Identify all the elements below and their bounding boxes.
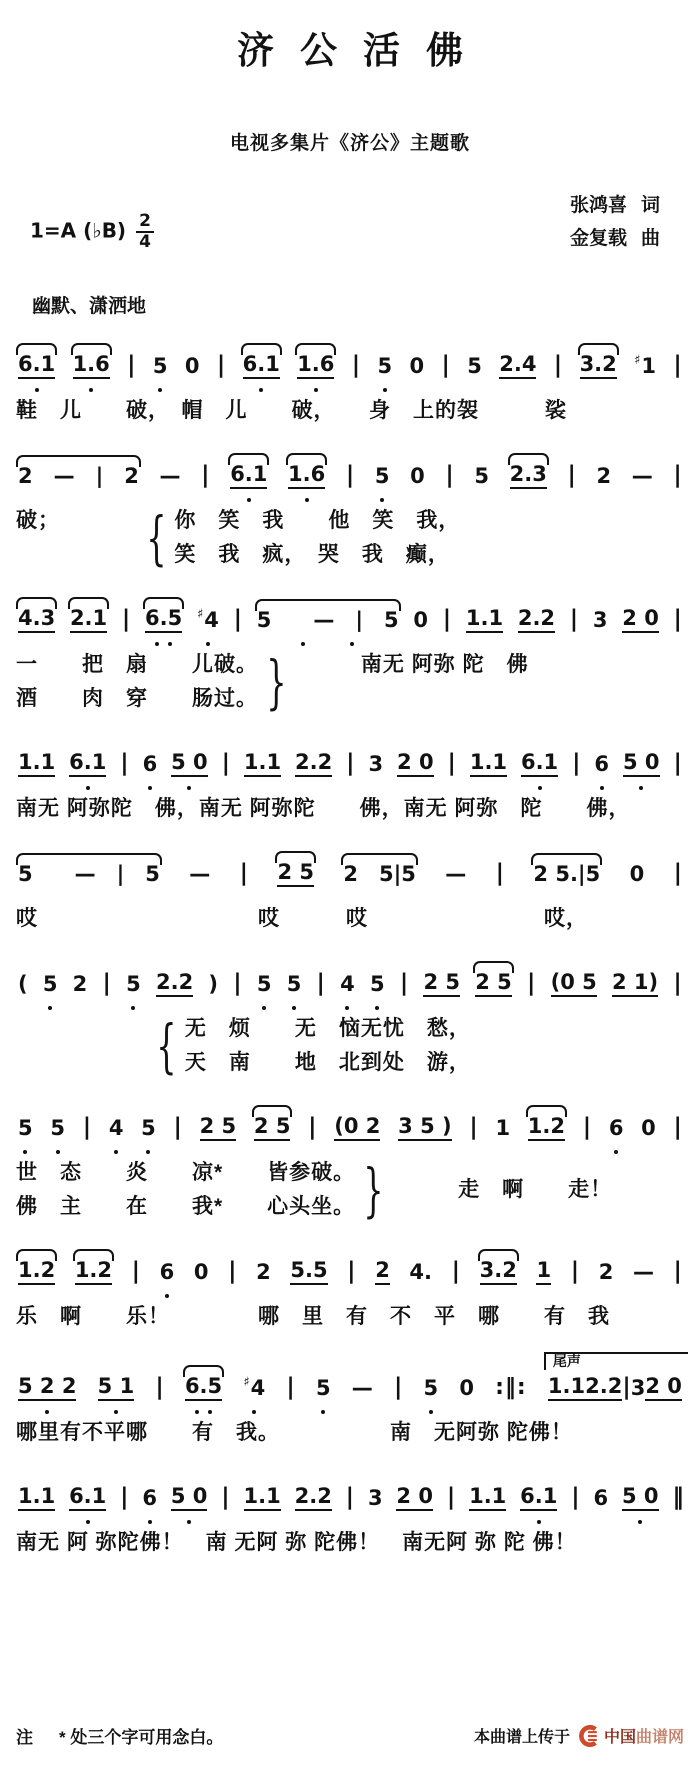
- lyric-group: {你 笑 我 他 笑 我，笑 我 疯， 哭 我 癫，: [138, 504, 461, 572]
- note-text: 4: [204, 610, 219, 633]
- note-text: 1.6: [297, 354, 334, 379]
- barline: |: [352, 342, 360, 392]
- slur-arc: [143, 597, 184, 609]
- music-line: 6.11.6|50|6.11.6|50|52.4|3.2♯1|: [12, 342, 688, 392]
- music-token: 5 — | 5: [257, 598, 399, 646]
- music-token: 2: [73, 962, 88, 1010]
- lyric-line: 一 把 扇 儿破。酒 肉 穿 肠过。} 南无 阿弥 陀 佛: [12, 648, 688, 716]
- octave-dots: [378, 382, 393, 392]
- music-token: ♯4: [197, 596, 219, 646]
- note-text: 6.1: [521, 752, 558, 777]
- note-text: —: [445, 864, 466, 887]
- music-token: 5 0: [171, 740, 208, 790]
- lyric-row: 乐 啊 乐！ 哪 里 有 不 平 哪 有 我: [16, 1300, 610, 1334]
- note-text: 1.6: [73, 354, 110, 379]
- lyricist-credit: 张鸿喜词: [570, 189, 660, 222]
- octave-dots: [287, 1000, 302, 1010]
- music-system: 4.32.1|6.5♯4|5 — | 50|1.12.2|32 0|一 把 扇 …: [12, 596, 688, 716]
- octave-dots: [375, 492, 390, 502]
- note-text: |: [155, 1376, 163, 1401]
- note-text: 2 5.|5: [533, 864, 600, 887]
- octave-dots: [594, 780, 609, 790]
- lyric-brace: }: [266, 648, 286, 716]
- music-token: 6: [593, 1476, 608, 1524]
- note-text: 2 5|5: [343, 864, 416, 887]
- music-token: 6.1: [18, 342, 55, 392]
- lyric-line: 乐 啊 乐！ 哪 里 有 不 平 哪 有 我: [12, 1300, 688, 1334]
- note-text: 5 0: [171, 752, 208, 777]
- music-system: 1.16.1|65 0|1.12.2|32 0|1.16.1|65 0|南无 阿…: [12, 740, 688, 826]
- music-token: 5: [424, 1366, 439, 1414]
- note-text: 1: [536, 1260, 551, 1285]
- note-text: 5 2 2: [18, 1376, 76, 1401]
- lyric-line: 哪里有不平哪 有 我。 南 无阿弥 陀佛！: [12, 1416, 688, 1450]
- music-token: 5: [126, 962, 141, 1010]
- coda-section: 尾声1.12.2|32 0: [548, 1358, 682, 1414]
- lyric-row: 无 烦 无 恼无忧 愁，: [185, 1012, 471, 1046]
- barline: |: [221, 1474, 229, 1524]
- note-text: 5 0: [623, 752, 660, 777]
- note-text: |: [673, 972, 681, 997]
- note-text: |: [127, 354, 135, 379]
- lyric-rows: 南 无阿弥 陀佛！: [280, 1416, 573, 1450]
- note-text: 2: [73, 974, 88, 997]
- lyric-line: 破； {你 笑 我 他 笑 我，笑 我 疯， 哭 我 癫，: [12, 504, 688, 572]
- music-system: 55|45|2 52 5|(0 23 5 )|11.2|60|世 态 炎 凉* …: [12, 1104, 688, 1224]
- music-token: 2 5: [423, 960, 460, 1010]
- lyric-group: 南无 阿弥陀 佛，南无 阿弥陀 佛，南无 阿弥 陀 佛，: [16, 792, 631, 826]
- music-token: 2: [256, 1250, 271, 1298]
- note-text: |: [234, 608, 242, 633]
- music-token: 5: [467, 344, 482, 392]
- note-text: 1.1: [244, 752, 281, 777]
- note-text: 5: [287, 974, 302, 997]
- music-token: 2.2: [156, 960, 193, 1010]
- note-text: 5: [474, 466, 489, 489]
- note-text: 1.2: [528, 1116, 565, 1141]
- note-text: 1.2: [75, 1260, 112, 1285]
- upload-text: 本曲谱上传于: [474, 1724, 570, 1747]
- note-text: (: [18, 974, 28, 997]
- music-token: 2 0: [622, 596, 659, 646]
- music-token: 2: [597, 454, 612, 502]
- music-token: (0 2: [334, 1104, 380, 1154]
- music-token: —: [632, 454, 653, 502]
- music-token: 6.5: [185, 1364, 222, 1414]
- slur-arc: [295, 343, 336, 355]
- music-token: 0: [459, 1366, 474, 1414]
- barline: |: [240, 850, 248, 900]
- lyric-row: 笑 我 疯， 哭 我 癫，: [174, 538, 460, 572]
- barline: |: [673, 452, 681, 502]
- lyric-rows: 鞋 儿 破， 帽 儿 破， 身 上的袈 裟: [16, 394, 567, 428]
- note-text: 2.2: [156, 972, 193, 997]
- barline: |: [674, 596, 682, 646]
- music-system: 2 — | 2—|6.11.6|50|52.3|2—|破； {你 笑 我 他 笑…: [12, 452, 688, 572]
- music-token: 1.1: [244, 740, 281, 790]
- note-text: |: [122, 608, 130, 633]
- lyric-row: 南无 阿 弥陀佛！ 南 无阿 弥 陀佛！ 南无阿 弥 陀 佛！: [16, 1526, 577, 1560]
- note-text: 4.: [409, 1262, 432, 1285]
- note-text: 2: [375, 1260, 390, 1285]
- music-line: (52|52.2)|55|45|2 52 5|(0 52 1)|: [12, 960, 688, 1010]
- composer-credit: 金复载曲: [570, 222, 660, 255]
- note-text: 2.2: [295, 752, 332, 777]
- lyric-rows: 南无 阿弥陀 佛，南无 阿弥陀 佛，南无 阿弥 陀 佛，: [16, 792, 631, 826]
- lyric-rows: 破；: [16, 504, 138, 538]
- music-token: 2.4: [499, 342, 536, 392]
- note-text: |: [448, 752, 456, 777]
- music-token: 5 — | 5: [18, 852, 160, 900]
- lyric-group: 南 无阿弥 陀佛！: [280, 1416, 573, 1450]
- music-token: 2.1: [70, 596, 107, 646]
- note-text: 3.2: [480, 1260, 517, 1285]
- note-text: 2: [599, 1262, 614, 1285]
- music-token: 2: [599, 1250, 614, 1298]
- music-token: 1: [536, 1248, 551, 1298]
- barline: |: [346, 452, 354, 502]
- note-text: 5: [467, 356, 482, 379]
- note-text: |: [233, 972, 241, 997]
- note-text: 2 5: [475, 972, 512, 997]
- barline: |: [571, 1474, 579, 1524]
- note-text: |: [346, 1486, 354, 1511]
- music-token: 0: [185, 344, 200, 392]
- octave-dots: [69, 1514, 106, 1524]
- lyric-rows: 你 笑 我 他 笑 我，笑 我 疯， 哭 我 癫，: [174, 504, 460, 572]
- barline: |: [217, 342, 225, 392]
- lyric-rows: 南无 阿弥 陀 佛: [295, 648, 529, 682]
- slur-arc: [16, 343, 57, 355]
- note-text: |: [83, 1116, 91, 1141]
- footnote-label: 注: [16, 1728, 33, 1747]
- note-text: 3: [593, 610, 608, 633]
- music-token: 5 0: [622, 1474, 659, 1524]
- lyric-rows: 哪里有不平哪 有 我。: [16, 1416, 280, 1450]
- music-token: 5: [375, 454, 390, 502]
- octave-dots: [69, 780, 106, 790]
- note-text: 5 1: [98, 1376, 135, 1401]
- music-token: 3: [593, 598, 608, 646]
- music-token: 5 0: [171, 1474, 208, 1524]
- note-text: 6: [593, 1488, 608, 1511]
- note-text: 2 5: [200, 1116, 237, 1141]
- lyric-group: 破；: [16, 504, 138, 538]
- footer: 注* 处三个字可用念白。 本曲谱上传于 中国曲谱网: [0, 1723, 700, 1748]
- music-token: 2 1): [612, 960, 658, 1010]
- note-text: |: [240, 862, 248, 887]
- music-token: 1.6: [288, 452, 325, 502]
- repeat-sign: :‖:: [495, 1365, 527, 1414]
- note-text: 5: [141, 1118, 156, 1141]
- music-system: 5 — | 5—|2 52 5|5—|2 5.|50|哎 哎 哎 哎，: [12, 850, 688, 936]
- octave-dots: [43, 1000, 58, 1010]
- slur-arc: [68, 597, 109, 609]
- lyric-group: [16, 1012, 148, 1046]
- note-text: |: [222, 752, 230, 777]
- octave-dots: [288, 492, 325, 502]
- octave-dots: [153, 382, 168, 392]
- music-token: 2.2: [518, 596, 555, 646]
- music-token: 6: [160, 1250, 175, 1298]
- octave-dots: [126, 1000, 141, 1010]
- lyric-rows: 世 态 炎 凉* 皆参破。佛 主 在 我* 心头坐。: [16, 1156, 355, 1224]
- time-signature-top: 2: [136, 213, 154, 233]
- note-text: 3: [369, 754, 384, 777]
- music-line: 5 2 25 1|6.5♯4|5—|50:‖:尾声1.12.2|32 0: [12, 1358, 688, 1414]
- octave-dots: [257, 1000, 272, 1010]
- slur-arc: [286, 453, 327, 465]
- barline: |: [567, 452, 575, 502]
- note-text: (0 2: [334, 1116, 380, 1141]
- music-token: 2 0: [397, 740, 434, 790]
- note-text: 5: [257, 974, 272, 997]
- music-token: 3.2: [480, 1248, 517, 1298]
- note-text: 4.3: [18, 608, 55, 633]
- lyric-rows: [16, 1012, 148, 1046]
- music-token: 6.1: [521, 740, 558, 790]
- octave-dots: [230, 492, 267, 502]
- barline: |: [674, 850, 682, 900]
- note-text: 2 0: [645, 1376, 682, 1401]
- note-text: ‖: [672, 1486, 682, 1511]
- barline: |: [346, 1474, 354, 1524]
- slur-arc: [341, 853, 418, 865]
- music-token: ): [208, 962, 218, 1010]
- slur-arc: [16, 853, 162, 865]
- music-token: 5 2 2: [18, 1364, 76, 1414]
- music-token: 5: [141, 1106, 156, 1154]
- note-text: 0: [413, 610, 428, 633]
- music-line: 5 — | 5—|2 52 5|5—|2 5.|50|: [12, 850, 688, 900]
- slur-arc: [16, 455, 141, 467]
- note-text: 1.2: [18, 1260, 55, 1285]
- note-text: 0: [194, 1262, 209, 1285]
- lyric-line: 世 态 炎 凉* 皆参破。佛 主 在 我* 心头坐。} 走 啊 走！: [12, 1156, 688, 1224]
- music-token: 5: [474, 454, 489, 502]
- note-text: |: [571, 1260, 579, 1285]
- note-text: —: [633, 1262, 654, 1285]
- barline: |: [400, 960, 408, 1010]
- octave-dots: [297, 382, 334, 392]
- note-text: 1.6: [288, 464, 325, 489]
- note-text: :‖:: [495, 1377, 527, 1401]
- music-token: 6: [594, 742, 609, 790]
- music-token: 5: [50, 1106, 65, 1154]
- lyric-rows: 南无 阿 弥陀佛！ 南 无阿 弥 陀佛！ 南无阿 弥 陀 佛！: [16, 1526, 577, 1560]
- note-text: |: [400, 972, 408, 997]
- note-text: |: [674, 608, 682, 633]
- lyric-brace: {: [156, 1012, 176, 1080]
- octave-dots: [171, 780, 208, 790]
- music-token: 2: [375, 1248, 390, 1298]
- note-text: 1.1: [470, 752, 507, 777]
- barline: |: [127, 342, 135, 392]
- barline: |: [527, 960, 535, 1010]
- lyric-rows: 哎 哎 哎 哎，: [16, 902, 588, 936]
- note-text: 5: [43, 974, 58, 997]
- note-text: 2 5: [277, 862, 314, 887]
- music-token: 1.1: [18, 740, 55, 790]
- barline: |: [120, 740, 128, 790]
- lyricist-role: 词: [641, 189, 660, 222]
- note-text: 2 0: [397, 752, 434, 777]
- music-token: —: [633, 1250, 654, 1298]
- note-text: 2 — | 2: [18, 466, 139, 489]
- note-text: |: [572, 752, 580, 777]
- note-text: (0 5: [551, 972, 597, 997]
- note-text: |: [447, 1486, 455, 1511]
- lyric-group: 世 态 炎 凉* 皆参破。佛 主 在 我* 心头坐。}: [16, 1156, 392, 1224]
- key-signature: 1=A (♭B)24: [30, 213, 154, 251]
- lyric-row: 天 南 地 北到处 游，: [185, 1046, 471, 1080]
- octave-dots: [18, 1144, 33, 1154]
- music-token: 0: [641, 1106, 656, 1154]
- barline: |: [317, 960, 325, 1010]
- barline: |: [174, 1104, 182, 1154]
- music-token: 5: [378, 344, 393, 392]
- note-text: 5: [424, 1378, 439, 1401]
- lyric-line: 鞋 儿 破， 帽 儿 破， 身 上的袈 裟: [12, 394, 688, 428]
- music-token: 2 0: [396, 1474, 433, 1524]
- final-barline: ‖: [672, 1474, 682, 1524]
- note-text: |: [452, 1260, 460, 1285]
- lyric-row: 南无 阿弥陀 佛，南无 阿弥陀 佛，南无 阿弥 陀 佛，: [16, 792, 631, 826]
- music-token: 4.: [409, 1250, 432, 1298]
- music-token: 5: [18, 1106, 33, 1154]
- music-token: 2.3: [510, 452, 547, 502]
- barline: |: [222, 740, 230, 790]
- barline: |: [571, 1248, 579, 1298]
- barline: |: [441, 342, 449, 392]
- lyric-group: 哎 哎 哎 哎，: [16, 902, 588, 936]
- music-line: 1.16.1|65 0|1.12.2|32 0|1.16.1|65 0|: [12, 740, 688, 790]
- note-text: |: [346, 464, 354, 489]
- slur-arc: [478, 1249, 519, 1261]
- note-text: 5: [316, 1378, 331, 1401]
- note-text: 0: [410, 466, 425, 489]
- note-text: |: [352, 354, 360, 379]
- lyric-line: 哎 哎 哎 哎，: [12, 902, 688, 936]
- slur-arc: [73, 1249, 114, 1261]
- slur-arc: [578, 343, 619, 355]
- octave-dots: [622, 1514, 659, 1524]
- note-text: 0: [410, 356, 425, 379]
- music-token: 1: [495, 1106, 510, 1154]
- lyric-row: [16, 1012, 148, 1046]
- note-text: 5: [370, 974, 385, 997]
- music-token: 5 1: [98, 1364, 135, 1414]
- music-token: 6.1: [230, 452, 267, 502]
- slur-arc: [228, 453, 269, 465]
- note-text: 3: [368, 1488, 383, 1511]
- note-text: |: [120, 1486, 128, 1511]
- note-text: 6.1: [520, 1486, 557, 1511]
- lyric-row: 南 无阿弥 陀佛！: [280, 1416, 573, 1450]
- music-token: 2 — | 2: [18, 454, 139, 502]
- barline: |: [572, 740, 580, 790]
- music-token: 5: [257, 962, 272, 1010]
- note-text: ): [208, 974, 218, 997]
- music-token: 6.1: [69, 1474, 106, 1524]
- note-text: —: [352, 1378, 373, 1401]
- barline: |: [155, 1364, 163, 1414]
- note-text: 5: [153, 356, 168, 379]
- slur-arc: [275, 851, 316, 863]
- slur-arc: [241, 343, 282, 355]
- music-token: 0: [194, 1250, 209, 1298]
- note-text: |: [570, 608, 578, 633]
- octave-dots: [50, 1144, 65, 1154]
- music-token: 6.1: [69, 740, 106, 790]
- music-token: 6.1: [243, 342, 280, 392]
- barline: |: [394, 1364, 402, 1414]
- note-text: |: [201, 464, 209, 489]
- note-text: |: [674, 1116, 682, 1141]
- footnote-text: * 处三个字可用念白。: [59, 1728, 223, 1747]
- lyric-group: 南无 阿弥 陀 佛: [295, 648, 529, 682]
- music-token: (: [18, 962, 28, 1010]
- music-token: 1.2: [18, 1248, 55, 1298]
- barline: |: [132, 1248, 140, 1298]
- note-text: |: [527, 972, 535, 997]
- note-text: 6: [142, 1488, 157, 1511]
- music-token: 0: [410, 454, 425, 502]
- music-token: ♯1: [634, 342, 656, 392]
- music-token: 1.1: [244, 1474, 281, 1524]
- note-text: |: [174, 1116, 182, 1141]
- note-text: 6.1: [69, 1486, 106, 1511]
- note-text: 2.2: [585, 1376, 622, 1401]
- note-text: 2.4: [499, 354, 536, 379]
- barline: |: [445, 452, 453, 502]
- music-token: 2 0: [645, 1364, 682, 1414]
- music-token: ♯4: [243, 1364, 265, 1414]
- note-text: 6.1: [18, 354, 55, 379]
- note-text: 5: [378, 356, 393, 379]
- music-token: 6: [609, 1106, 624, 1154]
- octave-dots: [143, 780, 158, 790]
- sharp-accidental: ♯: [634, 353, 640, 368]
- barline: |: [447, 1474, 455, 1524]
- time-signature: 24: [136, 213, 154, 251]
- octave-dots: [185, 1404, 222, 1414]
- music-token: 2 5|5: [343, 852, 416, 900]
- note-text: |: [317, 972, 325, 997]
- barline: |: [674, 1248, 682, 1298]
- music-token: 5: [370, 962, 385, 1010]
- octave-dots: [18, 1404, 76, 1414]
- music-token: —: [445, 852, 466, 900]
- sharp-accidental: ♯: [243, 1375, 249, 1390]
- upload-credit: 本曲谱上传于 中国曲谱网: [474, 1724, 684, 1747]
- note-text: 2 1): [612, 972, 658, 997]
- slur-arc: [16, 1249, 57, 1261]
- octave-dots: [257, 636, 399, 646]
- lyric-line: {无 烦 无 恼无忧 愁，天 南 地 北到处 游，: [12, 1012, 688, 1080]
- lyric-group: 哪里有不平哪 有 我。: [16, 1416, 280, 1450]
- note-text: 6.1: [243, 354, 280, 379]
- note-text: |: [441, 354, 449, 379]
- song-title: 济公活佛: [12, 20, 688, 74]
- slur-arc: [531, 853, 602, 865]
- barline: |: [83, 1104, 91, 1154]
- music-token: (0 5: [551, 960, 597, 1010]
- note-text: |: [445, 464, 453, 489]
- note-text: |: [674, 862, 682, 887]
- note-text: 4: [340, 974, 355, 997]
- octave-dots: [370, 1000, 385, 1010]
